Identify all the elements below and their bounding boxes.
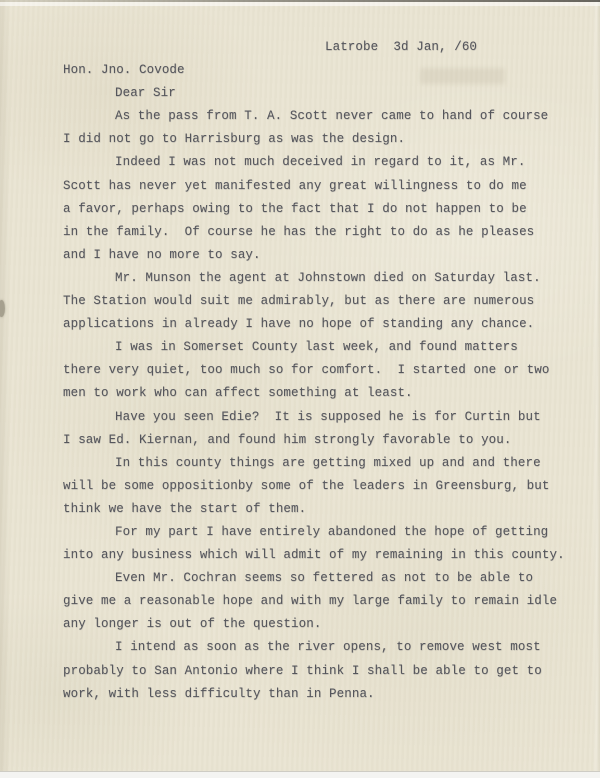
letter-line: probably to San Antonio where I think I … [63,660,555,683]
scan-right-edge [592,0,600,771]
letter-line: work, with less difficulty than in Penna… [63,683,555,706]
letter-line: I was in Somerset County last week, and … [63,336,555,359]
letter-line: there very quiet, too much so for comfor… [63,359,555,382]
letter-line: in the family. Of course he has the righ… [63,221,555,244]
scan-left-edge [0,0,10,771]
letter-line: any longer is out of the question. [63,613,555,636]
letter-line: applications in already I have no hope o… [63,313,555,336]
letter-line: As the pass from T. A. Scott never came … [63,105,555,128]
letter-line: Even Mr. Cochran seems so fettered as no… [63,567,555,590]
letter-dateline: Latrobe 3d Jan, /60 [63,36,555,59]
scan-top-edge-line [0,0,600,2]
letter-line: I did not go to Harrisburg as was the de… [63,128,555,151]
scan-top-white-strip [0,2,600,6]
letter-line: Have you seen Edie? It is supposed he is… [63,406,555,429]
letter-paragraphs: As the pass from T. A. Scott never came … [63,105,555,705]
letter-line: For my part I have entirely abandoned th… [63,521,555,544]
letter-line: think we have the start of them. [63,498,555,521]
letter-line: Indeed I was not much deceived in regard… [63,151,555,174]
letter-line: The Station would suit me admirably, but… [63,290,555,313]
letter-line: into any business which will admit of my… [63,544,555,567]
letter-line: and I have no more to say. [63,244,555,267]
letter-line: Scott has never yet manifested any great… [63,175,555,198]
scan-bottom-strip [0,771,600,778]
letter-salutation: Dear Sir [63,82,555,105]
letter-line: I saw Ed. Kiernan, and found him strongl… [63,429,555,452]
letter-line: men to work who can affect something at … [63,382,555,405]
letter-line: In this county things are getting mixed … [63,452,555,475]
letter-line: give me a reasonable hope and with my la… [63,590,555,613]
letter-line: a favor, perhaps owing to the fact that … [63,198,555,221]
letter-text: Latrobe 3d Jan, /60 Hon. Jno. Covode Dea… [63,36,555,706]
letter-line: Mr. Munson the agent at Johnstown died o… [63,267,555,290]
letter-line: will be some oppositionby some of the le… [63,475,555,498]
letter-recipient: Hon. Jno. Covode [63,59,555,82]
letter-line: I intend as soon as the river opens, to … [63,636,555,659]
